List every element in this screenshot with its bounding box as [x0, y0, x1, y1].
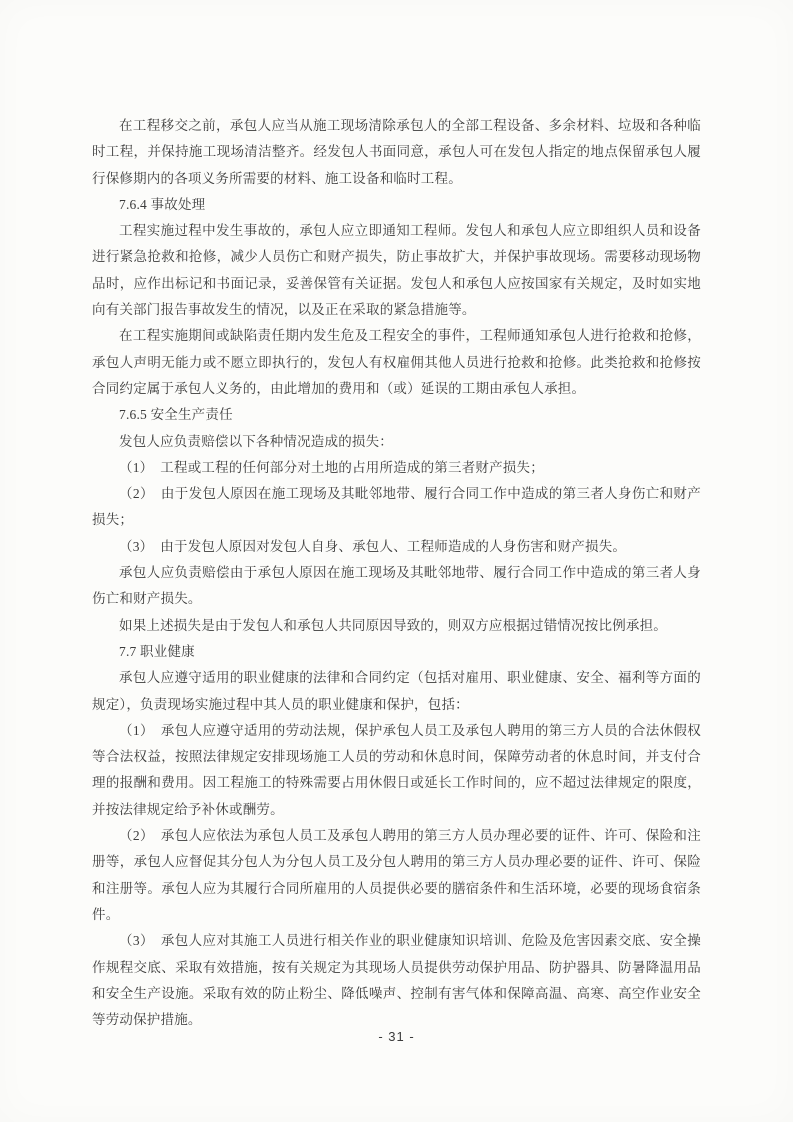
paragraph: （1） 承包人应遵守适用的劳动法规，保护承包人员工及承包人聘用的第三方人员的合法…: [92, 718, 701, 823]
section-heading: 7.6.5 安全生产责任: [92, 402, 701, 428]
section-heading: 7.7 职业健康: [92, 639, 701, 665]
document-body: 在工程移交之前，承包人应当从施工现场清除承包人的全部工程设备、多余材料、垃圾和各…: [92, 113, 701, 1033]
paragraph: （1） 工程或工程的任何部分对土地的占用所造成的第三者财产损失；: [92, 455, 701, 481]
document-page: 在工程移交之前，承包人应当从施工现场清除承包人的全部工程设备、多余材料、垃圾和各…: [0, 0, 793, 1122]
paragraph: （3） 由于发包人原因对发包人自身、承包人、工程师造成的人身伤害和财产损失。: [92, 534, 701, 560]
paragraph: （2） 承包人应依法为承包人员工及承包人聘用的第三方人员办理必要的证件、许可、保…: [92, 823, 701, 928]
paragraph: 承包人应负责赔偿由于承包人原因在施工现场及其毗邻地带、履行合同工作中造成的第三者…: [92, 560, 701, 613]
paragraph: 如果上述损失是由于发包人和承包人共同原因导致的，则双方应根据过错情况按比例承担。: [92, 613, 701, 639]
page-number: - 31 -: [0, 1029, 793, 1044]
section-heading: 7.6.4 事故处理: [92, 192, 701, 218]
paragraph: 在工程实施期间或缺陷责任期内发生危及工程安全的事件，工程师通知承包人进行抢救和抢…: [92, 323, 701, 402]
paragraph: （3） 承包人应对其施工人员进行相关作业的职业健康知识培训、危险及危害因素交底、…: [92, 928, 701, 1033]
paragraph: 承包人应遵守适用的职业健康的法律和合同约定（包括对雇用、职业健康、安全、福利等方…: [92, 665, 701, 718]
paragraph: 发包人应负责赔偿以下各种情况造成的损失：: [92, 429, 701, 455]
paragraph: 工程实施过程中发生事故的，承包人应立即通知工程师。发包人和承包人应立即组织人员和…: [92, 218, 701, 323]
paragraph: 在工程移交之前，承包人应当从施工现场清除承包人的全部工程设备、多余材料、垃圾和各…: [92, 113, 701, 192]
paragraph: （2） 由于发包人原因在施工现场及其毗邻地带、履行合同工作中造成的第三者人身伤亡…: [92, 481, 701, 534]
